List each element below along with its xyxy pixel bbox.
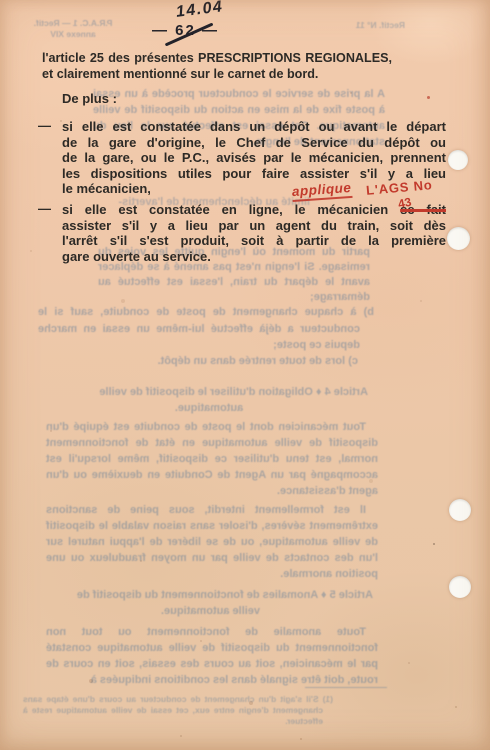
bullet2-line2: assister s'il y a lieu par un agent du t… bbox=[62, 218, 446, 234]
punch-hole-4 bbox=[449, 576, 471, 598]
bullet2-line1: si elle est constatée en ligne, le mécan… bbox=[62, 202, 446, 218]
bullet2-line3: l'arrêt s'il s'est produit, soit à parti… bbox=[62, 233, 446, 249]
bullet1-line1: si elle est constatée dans un dépôt ou a… bbox=[62, 119, 446, 135]
red-ink-speck bbox=[427, 96, 430, 99]
paper-specks bbox=[0, 0, 2, 2]
intro-paragraph-line1: l'article 25 des présentes PRESCRIPTIONS… bbox=[42, 51, 392, 67]
bullet1-line2: de la gare d'origine, le Chef de Service… bbox=[62, 135, 446, 151]
de-plus-label: De plus : bbox=[62, 91, 117, 106]
printed-text-layer: 14.04 — 62 — l'article 25 des présentes … bbox=[0, 0, 490, 750]
bullet-item-ligne: — si elle est constatée en ligne, le méc… bbox=[62, 202, 446, 264]
bullet2-line1-text: si elle est constatée en ligne, le mécan… bbox=[62, 202, 400, 217]
bullet-dash: — bbox=[38, 118, 51, 134]
page-number-dash-left: — bbox=[152, 22, 169, 39]
bullet2-line4: gare ouverte au service. bbox=[62, 249, 446, 265]
punch-hole-2 bbox=[447, 227, 470, 250]
intro-paragraph: l'article 25 des présentes PRESCRIPTIONS… bbox=[42, 51, 392, 83]
punch-hole-3 bbox=[449, 499, 471, 521]
punch-hole-1 bbox=[448, 150, 468, 170]
intro-paragraph-line2: et clairement mentionné sur le carnet de… bbox=[42, 67, 392, 83]
red-annotation-number: 43 bbox=[397, 195, 413, 211]
scanned-document-page: P.R.A.C. 1 — Rectif. annexe XIV Rectif. … bbox=[0, 0, 490, 750]
bullet1-line4: les dispositions utiles pour faire assis… bbox=[62, 166, 446, 182]
bullet1-line3: de la gare, ou le P.C., avisés par le mé… bbox=[62, 150, 446, 166]
handwritten-page-correction: 14.04 bbox=[175, 0, 224, 22]
bullet-dash: — bbox=[38, 201, 51, 217]
